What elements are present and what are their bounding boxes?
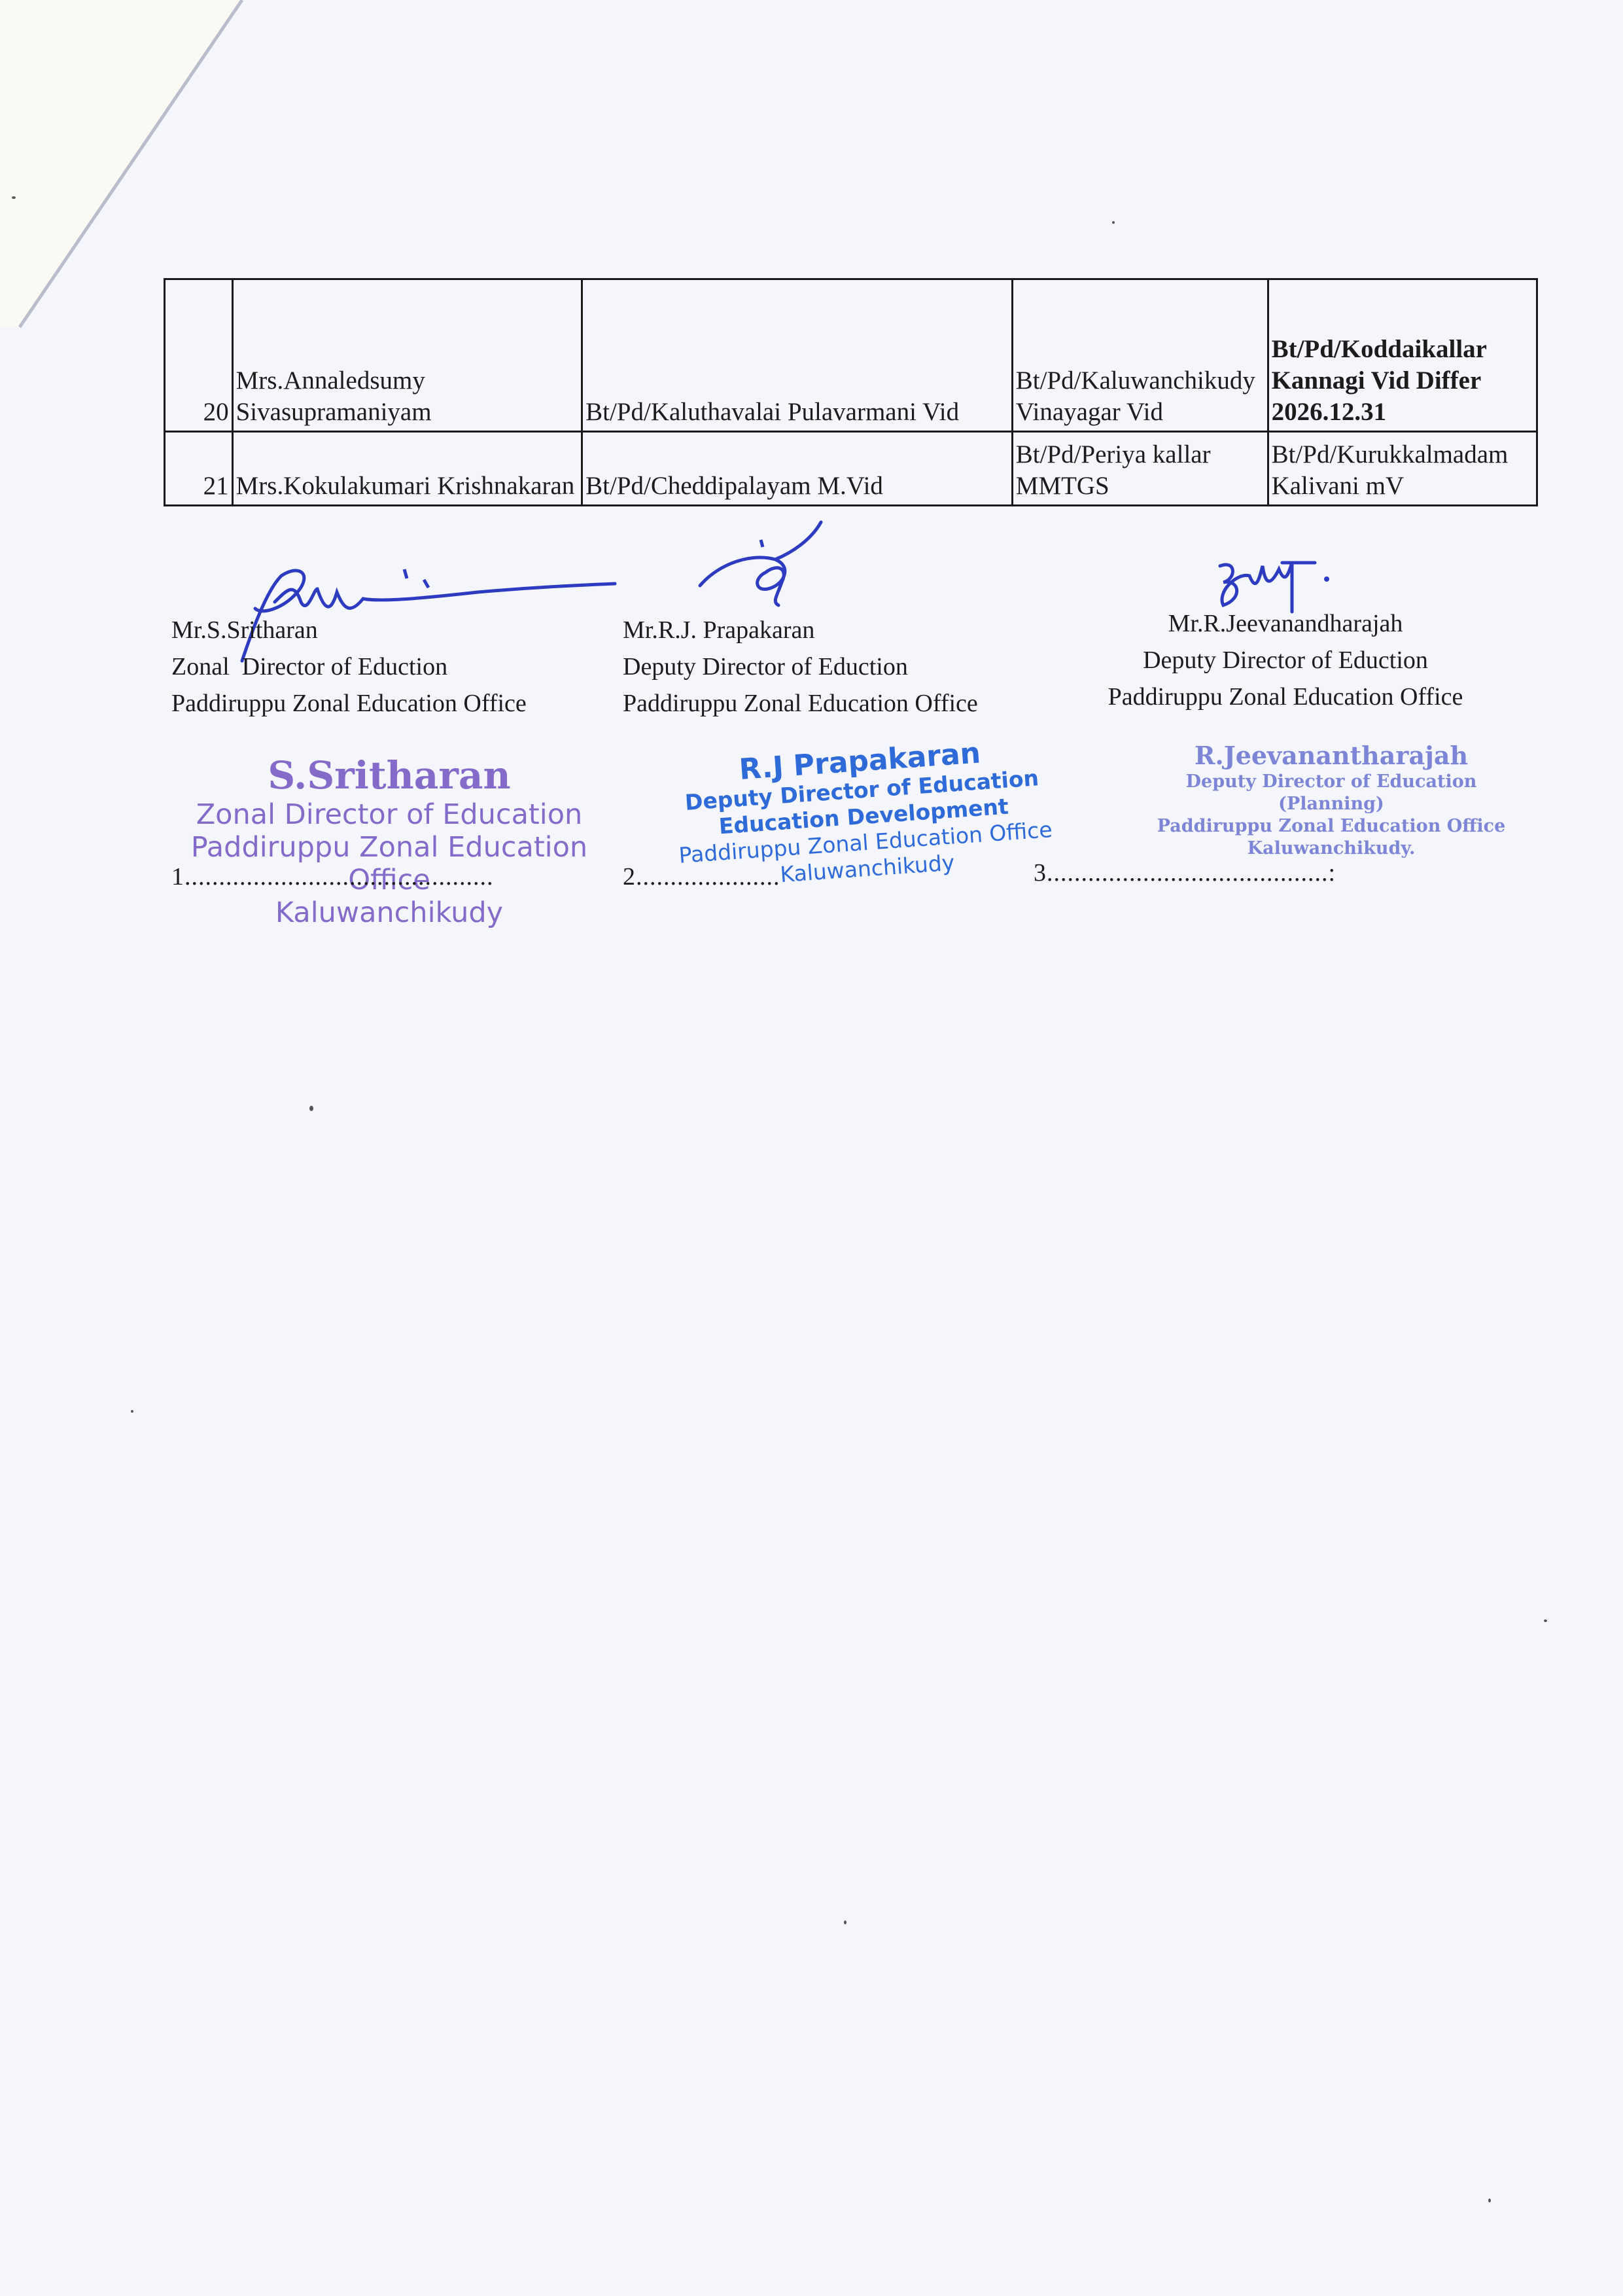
stamp-line: Kaluwanchikudy [160,896,618,929]
signature-line-1: 1.......................................… [171,862,494,891]
transfer-school: Bt/Pd/Kaluwanchikudy Vinayagar Vid [1012,279,1268,432]
scan-speck [12,196,16,199]
table-row: 21 Mrs.Kokulakumari Krishnakaran Bt/Pd/C… [165,432,1537,506]
scan-speck [1112,221,1115,224]
scan-speck [1544,1619,1547,1622]
scan-speck [844,1920,846,1924]
teacher-name: Mrs.Kokulakumari Krishnakaran [232,432,582,506]
signatory-3: Mr.R.Jeevanandharajah Deputy Director of… [1083,605,1488,715]
signatory-name: Mr.S.Sritharan [171,612,527,648]
signatory-2: Mr.R.J. Prapakaran Deputy Director of Ed… [623,612,978,722]
signatory-title: Deputy Director of Eduction [1083,642,1488,679]
signatory-1: Mr.S.Sritharan Zonal Director of Eductio… [171,612,527,722]
final-decision: Bt/Pd/Kurukkalmadam Kalivani mV [1268,432,1537,506]
official-stamp-sritharan: S.Sritharan Zonal Director of Education … [160,752,618,929]
teacher-name: Mrs.Annaledsumy Sivasupramaniyam [232,279,582,432]
table-row: 20 Mrs.Annaledsumy Sivasupramaniyam Bt/P… [165,279,1537,432]
stamp-line: Zonal Director of Education [160,798,618,831]
stamp-line: Kaluwanchikudy. [1122,838,1541,860]
stamp-line: (Planning) [1122,793,1541,815]
signatory-office: Paddiruppu Zonal Education Office [1083,679,1488,715]
present-school: Bt/Pd/Kaluthavalai Pulavarmani Vid [582,279,1013,432]
scan-speck [309,1106,313,1111]
signature-line-3: 3.......................................… [1034,858,1336,887]
scan-speck [131,1410,133,1413]
signatory-name: Mr.R.Jeevanandharajah [1083,605,1488,642]
signatory-title: Deputy Director of Eduction [623,648,978,685]
stamp-name: S.Sritharan [160,752,618,798]
stamp-line: Deputy Director of Education [1122,771,1541,793]
final-decision-text: Bt/Pd/Koddaikallar Kannagi Vid Differ 20… [1272,335,1487,426]
present-school: Bt/Pd/Cheddipalayam M.Vid [582,432,1013,506]
final-decision: Bt/Pd/Koddaikallar Kannagi Vid Differ 20… [1268,279,1537,432]
stamp-line: Paddiruppu Zonal Education Office [1122,815,1541,838]
signatory-title: Zonal Director of Eduction [171,648,527,685]
signatory-office: Paddiruppu Zonal Education Office [623,685,978,722]
transfer-table: 20 Mrs.Annaledsumy Sivasupramaniyam Bt/P… [164,278,1538,506]
signatory-office: Paddiruppu Zonal Education Office [171,685,527,722]
transfer-school: Bt/Pd/Periya kallar MMTGS [1012,432,1268,506]
signature-prapakaran [648,517,844,615]
row-number: 20 [165,279,233,432]
signatory-name: Mr.R.J. Prapakaran [623,612,978,648]
scan-speck [1488,2199,1491,2202]
official-stamp-jeevanantharajah: R.Jeevanantharajah Deputy Director of Ed… [1122,741,1541,860]
row-number: 21 [165,432,233,506]
stamp-name: R.Jeevanantharajah [1122,741,1541,771]
signature-line-2: 2..................... [623,862,780,891]
